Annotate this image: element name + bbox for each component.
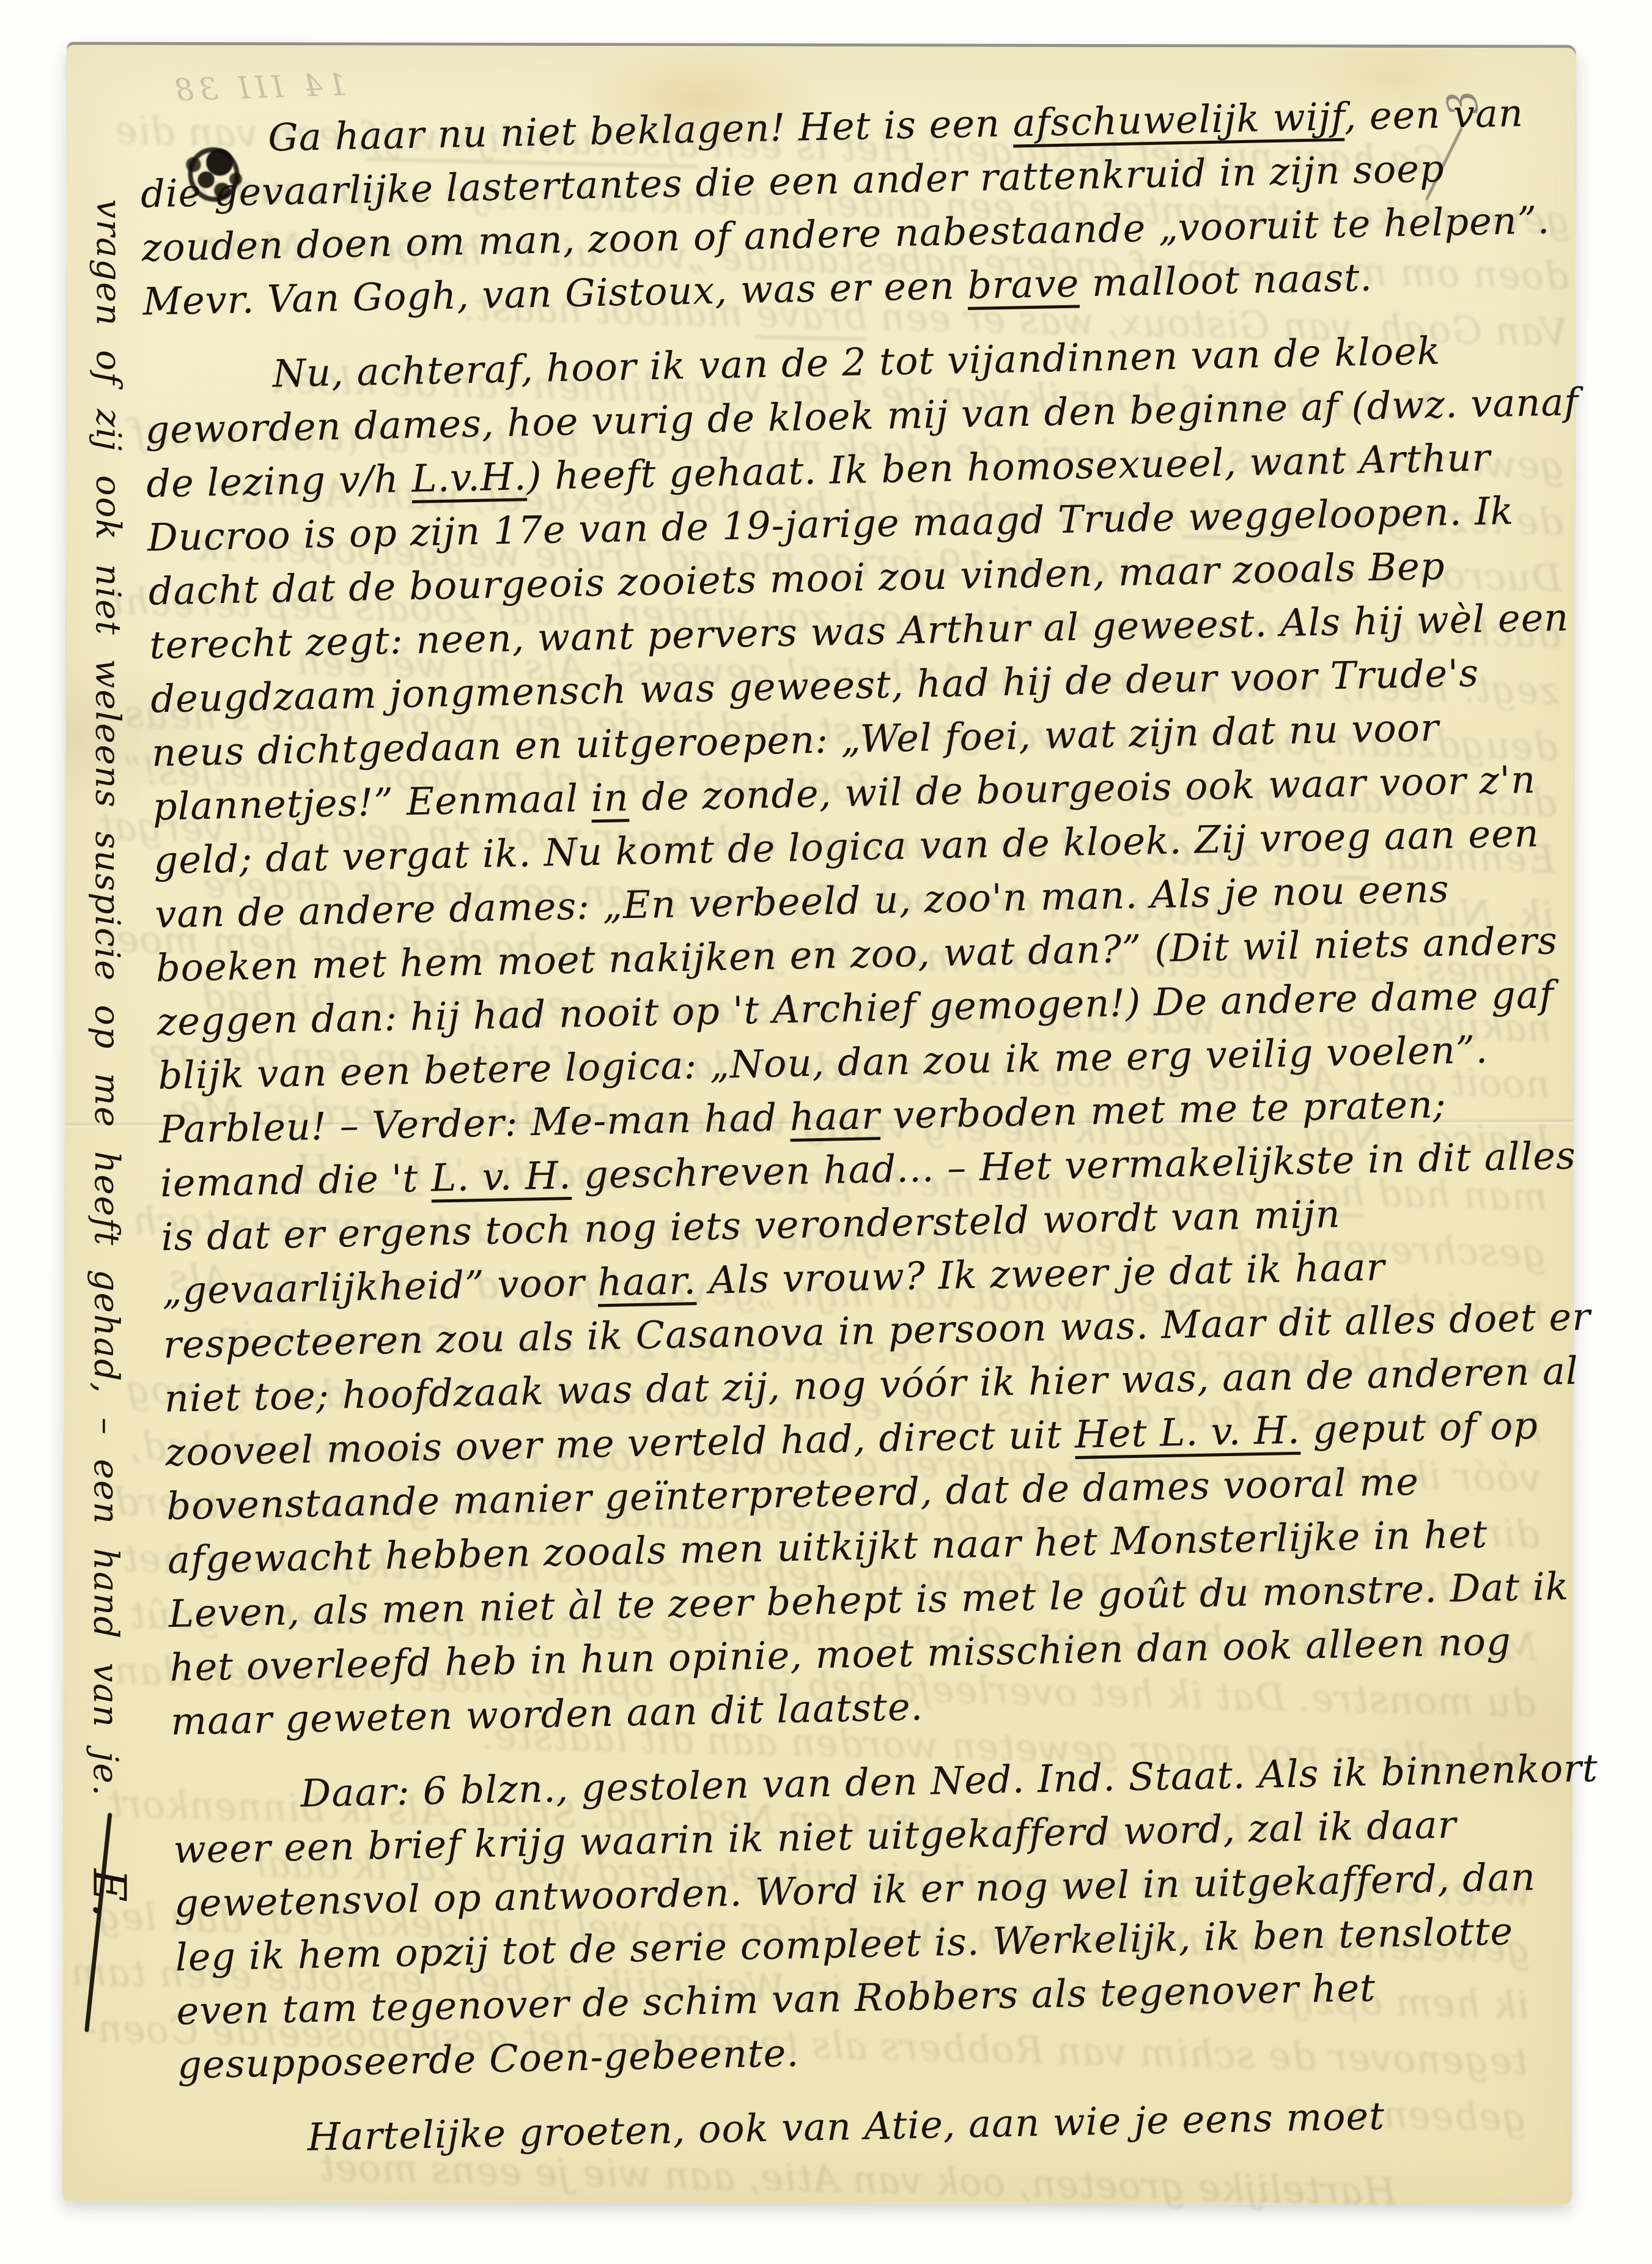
letter-page: Ga haar nu niet beklagen! Het is een afs… (62, 45, 1576, 2204)
margin-note-text: vragen of zij ook niet weleens suspicie … (86, 199, 128, 1797)
underlined-text: Het L. v. H. (1074, 1408, 1300, 1457)
margin-note: vragen of zij ook niet weleens suspicie … (83, 199, 139, 2095)
underlined-text: haar (789, 1093, 880, 1139)
handwritten-text: Daar: 6 blzn., gestolen van den Ned. Ind… (173, 1745, 1599, 2087)
letter-paragraph: Hartelijke groeten, ook van Atie, aan wi… (179, 2085, 1613, 2167)
letter-paragraph: Ga haar nu niet beklagen! Het is een afs… (139, 85, 1576, 328)
signature: E. (83, 1869, 135, 1919)
underlined-text: afschuwelijk wijf (1012, 94, 1344, 146)
underlined-text: L.v.H. (411, 454, 527, 501)
scanned-letter: Ga haar nu niet beklagen! Het is een afs… (0, 0, 1652, 2264)
handwritten-text: Ga haar nu niet beklagen! Het is een (268, 100, 1014, 160)
letter-paragraph: Nu, achteraf, hoor ik van de 2 tot vijan… (144, 321, 1605, 1748)
underlined-text: in (591, 775, 629, 820)
letter-paragraph: Daar: 6 blzn., gestolen van den Ned. Ind… (172, 1741, 1612, 2092)
underlined-text: haar. (597, 1258, 697, 1304)
handwritten-text: malloot naast. (1079, 255, 1373, 305)
pencil-date-ghost: 14 III 38 (169, 67, 348, 108)
handwritten-text: Hartelijke groeten, ook van Atie, aan wi… (307, 2093, 1385, 2159)
underlined-text: L. v. H. (430, 1153, 572, 1200)
letter-body: Ga haar nu niet beklagen! Het is een afs… (139, 85, 1613, 2188)
underlined-text: brave (967, 261, 1080, 308)
